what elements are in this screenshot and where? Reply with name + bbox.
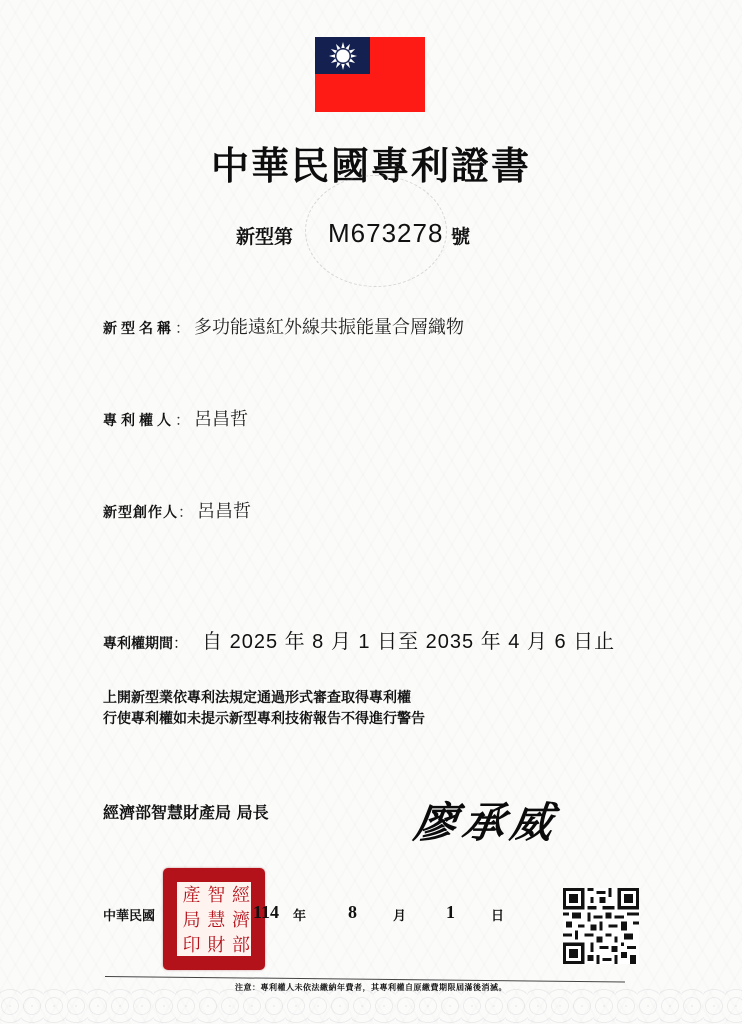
field-value: 多功能遠紅外線共振能量合層織物 — [194, 313, 464, 339]
period-label: 專利權期間 — [103, 633, 173, 653]
notice-line: 行使專利權如未提示新型專利技術報告不得進行警告 — [103, 709, 425, 730]
field-utility-model-name: 新型名稱 ： 多功能遠紅外線共振能量合層織物 — [103, 313, 464, 339]
seal-char: 部 — [226, 931, 251, 956]
qr-code[interactable] — [563, 888, 639, 964]
field-label: 新型名稱 — [103, 318, 175, 338]
qr-code-icon — [563, 888, 639, 964]
seal-char: 濟 — [226, 907, 251, 932]
guilloche-pattern — [0, 988, 742, 1024]
field-creator: 新型創作人 ： 呂昌哲 — [103, 497, 251, 523]
flag-image — [315, 37, 425, 112]
field-colon: ： — [178, 501, 193, 522]
seal-char: 智 — [202, 882, 227, 907]
field-colon: ： — [175, 409, 190, 430]
certificate-number: 新型第 M673278 號 — [236, 222, 293, 249]
certificate-number-suffix: 號 — [451, 222, 470, 249]
period-colon: ： — [173, 632, 188, 653]
seal-char: 經 — [226, 882, 251, 907]
field-value: 呂昌哲 — [197, 497, 251, 523]
date-year: 114 — [253, 902, 279, 923]
date-day-unit: 日 — [491, 905, 504, 924]
certificate-number-value: M673278 — [328, 218, 443, 249]
date-era: 中華民國 — [103, 905, 155, 924]
seal-char: 產 — [177, 882, 202, 907]
white-sun-icon — [328, 41, 358, 71]
seal-char: 慧 — [202, 907, 227, 932]
seal-char: 印 — [177, 931, 202, 956]
director-signature: 廖承威 — [411, 790, 563, 850]
official-seal: 經 濟 部 智 慧 財 產 局 印 — [163, 868, 265, 970]
date-month-unit: 月 — [393, 905, 406, 924]
certificate-number-prefix: 新型第 — [236, 226, 293, 248]
seal-char: 局 — [177, 907, 202, 932]
field-label: 新型創作人 — [103, 502, 178, 522]
period-value: 自 2025 年 8 月 1 日至 2035 年 4 月 6 日止 — [202, 625, 615, 654]
flag-canton — [315, 37, 370, 74]
seal-char: 財 — [202, 931, 227, 956]
field-colon: ： — [175, 317, 190, 338]
date-month: 8 — [348, 902, 357, 923]
patent-period: 專利權期間 ： 自 2025 年 8 月 1 日至 2035 年 4 月 6 日… — [103, 625, 615, 654]
date-day: 1 — [446, 902, 455, 923]
date-year-unit: 年 — [293, 905, 306, 924]
certificate-page: 中華民國專利證書 新型第 M673278 號 新型名稱 ： 多功能遠紅外線共振能… — [0, 0, 742, 1024]
field-value: 呂昌哲 — [194, 405, 248, 431]
seal-characters: 經 濟 部 智 慧 財 產 局 印 — [177, 882, 251, 956]
issuing-authority: 經濟部智慧財產局 局長 — [103, 800, 269, 823]
field-patentee: 專利權人 ： 呂昌哲 — [103, 405, 248, 431]
field-label: 專利權人 — [103, 410, 175, 430]
notice-line: 上開新型業依專利法規定通過形式審查取得專利權 — [103, 688, 425, 709]
examination-notice: 上開新型業依專利法規定通過形式審查取得專利權 行使專利權如未提示新型專利技術報告… — [103, 688, 425, 730]
